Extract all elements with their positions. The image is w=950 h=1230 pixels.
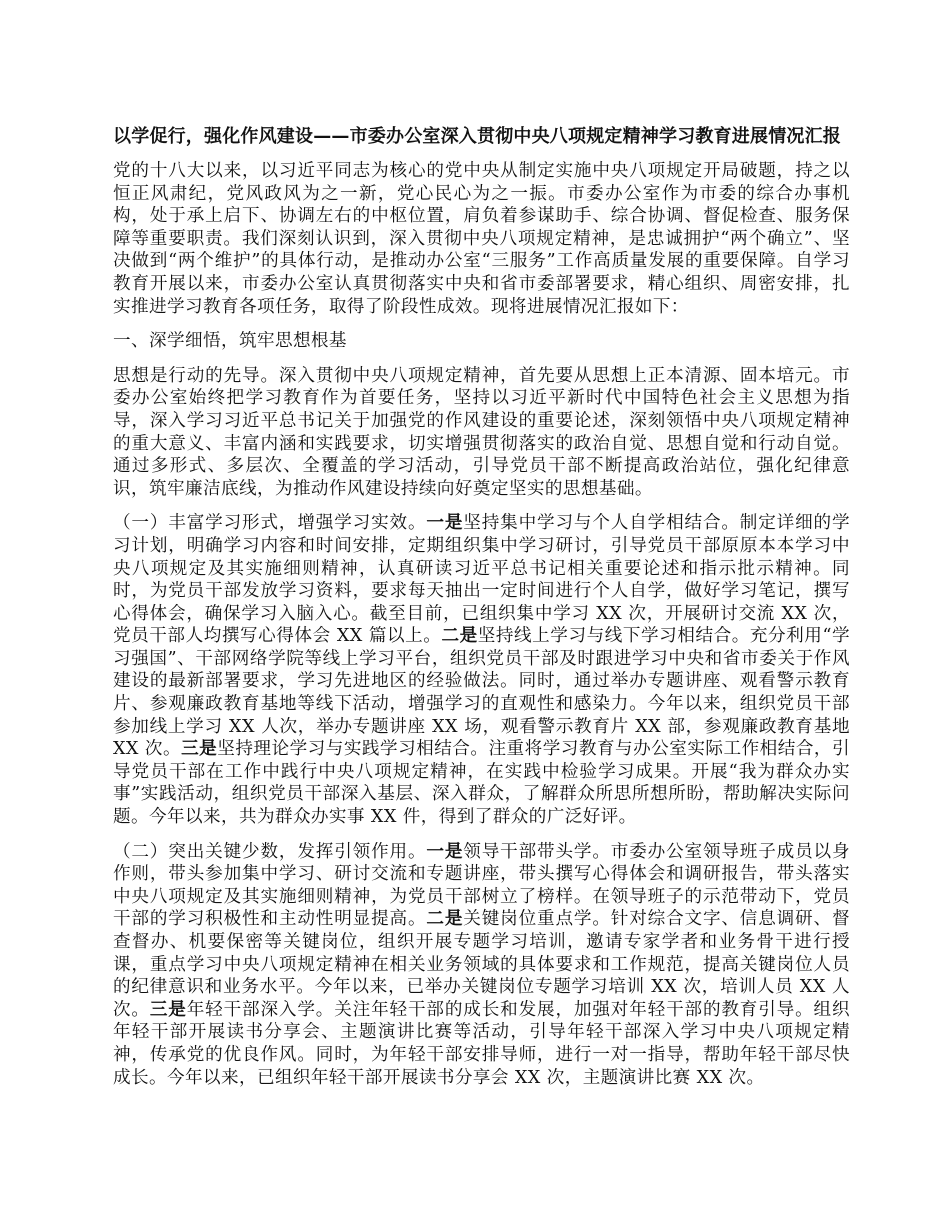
intro-paragraph: 党的十八大以来，以习近平同志为核心的党中央从制定实施中央八项规定开局破题，持之以…: [113, 160, 850, 318]
point-lead-1: 一是: [426, 842, 463, 862]
point-lead-2: 二是: [426, 909, 463, 929]
point-lead-3: 三是: [181, 739, 217, 759]
subsection-1-paragraph: （一）丰富学习形式，增强学习实效。一是坚持集中学习与个人自学相结合。制定详细的学…: [113, 512, 850, 828]
section-heading-1: 一、深学细悟，筑牢思想根基: [113, 330, 850, 353]
point-lead-1: 一是: [426, 513, 463, 533]
document-title: 以学促行，强化作风建设——市委办公室深入贯彻中央八项规定精神学习教育进展情况汇报: [113, 126, 850, 148]
subsection-2-paragraph: （二）突出关键少数，发挥引领作用。一是领导干部带头学。市委办公室领导班子成员以身…: [113, 841, 850, 1090]
point-lead-3: 三是: [150, 1000, 187, 1020]
point-lead-2: 二是: [441, 626, 477, 646]
point-text-3: 坚持理论学习与实践学习相结合。注重将学习教育与办公室实际工作相结合，引导党员干部…: [113, 739, 850, 827]
subsection-1-heading: （一）丰富学习形式，增强学习实效。: [113, 513, 426, 533]
subsection-2-heading: （二）突出关键少数，发挥引领作用。: [113, 842, 426, 862]
section-1-body: 思想是行动的先导。深入贯彻中央八项规定精神，首先要从思想上正本清源、固本培元。市…: [113, 365, 850, 501]
document-page: 以学促行，强化作风建设——市委办公室深入贯彻中央八项规定精神学习教育进展情况汇报…: [113, 126, 850, 1101]
point-text-3: 年轻干部深入学。关注年轻干部的成长和发展，加强对年轻干部的教育引导。组织年轻干部…: [113, 1000, 850, 1088]
